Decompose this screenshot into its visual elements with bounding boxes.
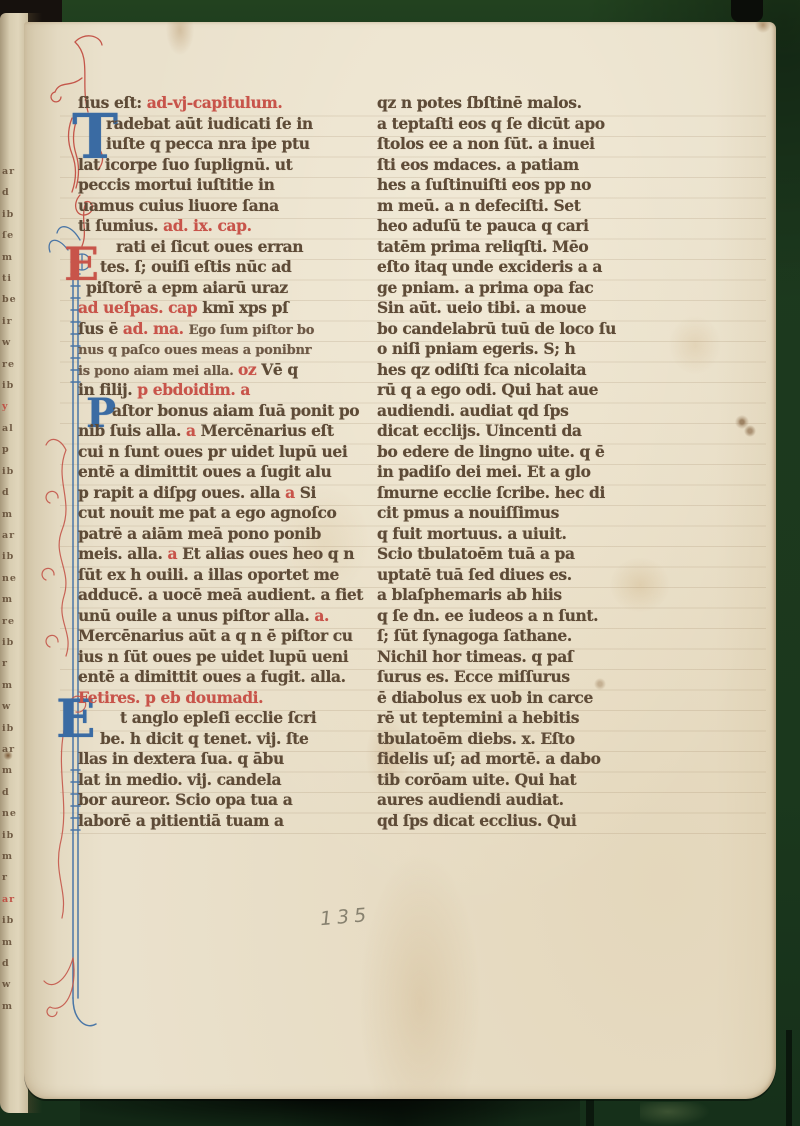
text-line: cut nouit me pat a ego agnoſco — [78, 503, 356, 524]
text-line: p rapit a diſpg oues. alla a Si — [78, 483, 356, 504]
edge-letter-fragment: ir — [2, 311, 26, 332]
text-line: cit pmus a nouiſſimus — [377, 503, 669, 524]
body-text: Mercēnarius eſt — [201, 421, 334, 440]
body-text: a blaſphemaris ab hiis — [377, 585, 562, 604]
body-text: ſūt ex h ouili. a illas oportet me — [78, 565, 339, 584]
body-text: eſto itaq unde excideris a a — [377, 257, 602, 276]
edge-letter-fragment: ti — [2, 268, 26, 289]
body-text: rū q a ego odi. Qui hat aue — [377, 380, 598, 399]
cover-shadow-bottom — [586, 1100, 594, 1126]
text-line: in filij. p ebdoidim. a — [78, 380, 356, 401]
photograph-of-manuscript: { "page": { "folio_number": "135", "left… — [0, 0, 800, 1126]
body-text: q ſe dn. ee iudeos a n ſunt. — [377, 606, 598, 625]
text-line: nus q paſco oues meas a ponibnr — [78, 339, 356, 360]
body-text: uamus cuius liuore ſana — [78, 196, 279, 215]
cover-texture — [640, 1102, 710, 1126]
text-line: llas in dextera ſua. q ābu — [78, 749, 356, 770]
text-line: bor aureor. Scio opa tua a — [78, 790, 356, 811]
bottom-shadow — [80, 1098, 580, 1126]
body-text: q fuit mortuus. a uiuit. — [377, 524, 566, 543]
body-text: aures audiendi audiat. — [377, 790, 564, 809]
body-text: iuſte q pecca nra ipe ptu — [106, 134, 310, 153]
body-text: cui n ſunt oues pr uidet lupū uei — [78, 442, 347, 461]
edge-letter-fragment: re — [2, 611, 26, 632]
body-text: hes qz odiſti fca nicolaita — [377, 360, 586, 379]
edge-letter-fragment: m — [2, 504, 26, 525]
text-line: ius n ſūt oues pe uidet lupū ueni — [78, 647, 356, 668]
rubric-text: a — [186, 421, 201, 440]
text-line: o niſi pniam egeris. S; h — [377, 339, 669, 360]
rubric-text: oz — [238, 360, 261, 379]
edge-letter-fragment: ib — [2, 546, 26, 567]
binding-edge-text: ardibſemtibeirwreibyalpibdmaribnemreibrm… — [2, 161, 26, 1017]
edge-letter-fragment: ib — [2, 204, 26, 225]
text-line: eſto itaq unde excideris a a — [377, 257, 669, 278]
body-text: laborē a pitientiā tuam a — [78, 811, 284, 830]
rubric-text: p ebdoidim. a — [137, 380, 250, 399]
text-line: lat in medio. vij. candela — [78, 770, 356, 791]
text-line: rati ei ſicut oues erran — [78, 237, 356, 258]
edge-letter-fragment: m — [2, 589, 26, 610]
text-line: tbulatoēm diebs. x. Eſto — [377, 729, 669, 750]
body-text: radebat aūt iudicati ſe in — [106, 114, 313, 133]
body-text: in filij. — [78, 380, 137, 399]
body-text: be. h dicit q tenet. vij. ſte — [100, 729, 309, 748]
rubric-text: ad-vj-capitulum. — [147, 93, 283, 112]
text-line: iuſte q pecca nra ipe ptu — [78, 134, 356, 155]
text-line: aſtor bonus aiam ſuā ponit po — [78, 401, 356, 422]
edge-letter-fragment: m — [2, 932, 26, 953]
rubric-text: ad ueſpas. cap — [78, 298, 202, 317]
text-line: ſius eſt: ad-vj-capitulum. — [78, 93, 356, 114]
edge-letter-fragment: d — [2, 482, 26, 503]
text-line: ti ſumius. ad. ix. cap. — [78, 216, 356, 237]
body-text: Nichil hor timeas. q paſ — [377, 647, 573, 666]
body-text: rati ei ſicut oues erran — [116, 237, 303, 256]
text-line: Mercēnarius aūt a q n ē piſtor cu — [78, 626, 356, 647]
body-text: entē a dimittit oues a fugit. alla. — [78, 667, 346, 686]
text-line: a blaſphemaris ab hiis — [377, 585, 669, 606]
body-text: ſius eſt: — [78, 93, 147, 112]
text-line: piſtorē a epm aiarū uraz — [78, 278, 356, 299]
text-line: cui n ſunt oues pr uidet lupū uei — [78, 442, 356, 463]
text-line: m meū. a n defeciſti. Set — [377, 196, 669, 217]
pencil-folio-number: 135 — [319, 904, 372, 930]
text-line: hes qz odiſti fca nicolaita — [377, 360, 669, 381]
body-text: p rapit a diſpg oues. alla — [78, 483, 285, 502]
text-line: laborē a pitientiā tuam a — [78, 811, 356, 832]
edge-letter-fragment: m — [2, 996, 26, 1017]
rubric-text: a. — [314, 606, 329, 625]
edge-letter-fragment: al — [2, 418, 26, 439]
body-text: Scio tbulatoēm tuā a pa — [377, 544, 575, 563]
background-notch — [731, 0, 763, 22]
body-text: bor aureor. Scio opa tua a — [78, 790, 292, 809]
edge-letter-fragment: m — [2, 675, 26, 696]
body-text: piſtorē a epm aiarū uraz — [86, 278, 288, 297]
text-line: q fuit mortuus. a uiuit. — [377, 524, 669, 545]
body-text: tes. ſ; ouiſi eſtis nūc ad — [100, 257, 291, 276]
edge-letter-fragment: p — [2, 439, 26, 460]
body-text: ſ; ſūt ſynagoga ſathane. — [377, 626, 572, 645]
text-line: rū q a ego odi. Qui hat aue — [377, 380, 669, 401]
text-line: hes a ſuſtinuiſti eos pp no — [377, 175, 669, 196]
body-text: ius n ſūt oues pe uidet lupū ueni — [78, 647, 348, 666]
text-line: ē diabolus ex uob in carce — [377, 688, 669, 709]
body-text: cut nouit me pat a ego agnoſco — [78, 503, 337, 522]
edge-letter-fragment: ſe — [2, 225, 26, 246]
text-line: dicat ecclijs. Uincenti da — [377, 421, 669, 442]
edge-letter-fragment: w — [2, 332, 26, 353]
edge-letter-fragment: ib — [2, 461, 26, 482]
body-text: Si — [300, 483, 316, 502]
rubric-text: a — [168, 544, 183, 563]
text-line: adducē. a uocē meā audient. a fiet — [78, 585, 356, 606]
edge-letter-fragment: ne — [2, 568, 26, 589]
body-text: kmī xps pſ — [202, 298, 288, 317]
text-line: ſtolos ee a non ſūt. a inuei — [377, 134, 669, 155]
text-line: heo aduſū te pauca q cari — [377, 216, 669, 237]
text-line: qd ſps dicat ecclius. Qui — [377, 811, 669, 832]
text-line: tes. ſ; ouiſi eſtis nūc ad — [78, 257, 356, 278]
text-line: bo edere de lingno uite. q ē — [377, 442, 669, 463]
edge-letter-fragment: ar — [2, 525, 26, 546]
body-text: tib corōam uite. Qui hat — [377, 770, 576, 789]
text-line: patrē a aiām meā pono ponib — [78, 524, 356, 545]
text-line: ad ueſpas. cap kmī xps pſ — [78, 298, 356, 319]
edge-letter-fragment: ar — [2, 889, 26, 910]
body-text: meis. alla. — [78, 544, 168, 563]
body-text: patrē a aiām meā pono ponib — [78, 524, 321, 543]
body-text: entē a dimittit oues a ſugit alu — [78, 462, 331, 481]
body-text: ſus ē — [78, 319, 123, 338]
edge-letter-fragment: m — [2, 760, 26, 781]
rubric-text: ad. ma. — [123, 319, 189, 338]
body-text: bo candelabrū tuū de loco ſu — [377, 319, 616, 338]
edge-letter-fragment: ib — [2, 825, 26, 846]
text-line: is pono aiam mei alla. oz Vē q — [78, 360, 356, 381]
text-line: nib ſuis alla. a Mercēnarius eſt — [78, 421, 356, 442]
text-line: lat icorpe ſuo ſuplignū. ut — [78, 155, 356, 176]
body-text: Mercēnarius aūt a q n ē piſtor cu — [78, 626, 353, 645]
edge-letter-fragment: m — [2, 846, 26, 867]
body-text: cit pmus a nouiſſimus — [377, 503, 559, 522]
body-text: m meū. a n defeciſti. Set — [377, 196, 581, 215]
body-text: uptatē tuā ſed diues es. — [377, 565, 572, 584]
edge-letter-fragment: ar — [2, 161, 26, 182]
text-line: Fetires. p eb doumadi. — [78, 688, 356, 709]
body-text: ē diabolus ex uob in carce — [377, 688, 593, 707]
body-text: tatēm prima reliqſti. Mēo — [377, 237, 588, 256]
rubric-text: ad. ix. cap. — [163, 216, 252, 235]
text-line: tib corōam uite. Qui hat — [377, 770, 669, 791]
body-text: ti ſumius. — [78, 216, 163, 235]
edge-letter-fragment: d — [2, 182, 26, 203]
text-line: ſ; ſūt ſynagoga ſathane. — [377, 626, 669, 647]
body-text: dicat ecclijs. Uincenti da — [377, 421, 582, 440]
body-text: qz n potes ſbſtinē malos. — [377, 93, 582, 112]
text-line: ſmurne ecclie ſcribe. hec di — [377, 483, 669, 504]
edge-letter-fragment: r — [2, 653, 26, 674]
body-text: is pono aiam mei alla. — [78, 364, 238, 379]
text-line: tatēm prima reliqſti. Mēo — [377, 237, 669, 258]
edge-letter-fragment: be — [2, 289, 26, 310]
text-line: audiendi. audiat qd ſps — [377, 401, 669, 422]
text-line: Sin aūt. ueio tibi. a moue — [377, 298, 669, 319]
body-text: lat in medio. vij. candela — [78, 770, 281, 789]
body-text: audiendi. audiat qd ſps — [377, 401, 568, 420]
body-text: llas in dextera ſua. q ābu — [78, 749, 284, 768]
text-line: in padiſo dei mei. Et a glo — [377, 462, 669, 483]
body-text: qd ſps dicat ecclius. Qui — [377, 811, 576, 830]
binding-stain — [3, 751, 13, 760]
body-text: in padiſo dei mei. Et a glo — [377, 462, 591, 481]
text-line: ge pniam. a prima opa fac — [377, 278, 669, 299]
manuscript-page: T E P E ſius eſt: ad-vj-capitulum.radeba… — [24, 22, 776, 1099]
text-line: entē a dimittit oues a fugit. alla. — [78, 667, 356, 688]
body-text: hes a ſuſtinuiſti eos pp no — [377, 175, 591, 194]
body-text: fidelis uſ; ad mortē. a dabo — [377, 749, 601, 768]
text-line: uptatē tuā ſed diues es. — [377, 565, 669, 586]
edge-letter-fragment: ib — [2, 375, 26, 396]
body-text: a teptaſti eos q ſe dicūt apo — [377, 114, 605, 133]
text-line: radebat aūt iudicati ſe in — [78, 114, 356, 135]
edge-letter-fragment: r — [2, 867, 26, 888]
body-text: Vē q — [261, 360, 298, 379]
cover-shadow-right — [786, 1030, 792, 1126]
text-line: peccis mortui iuſtitie in — [78, 175, 356, 196]
text-line: entē a dimittit oues a ſugit alu — [78, 462, 356, 483]
rubric-text: Fetires. p eb doumadi. — [78, 688, 263, 707]
text-line: qz n potes ſbſtinē malos. — [377, 93, 669, 114]
text-line: aures audiendi audiat. — [377, 790, 669, 811]
edge-letter-fragment: ne — [2, 803, 26, 824]
edge-letter-fragment: w — [2, 974, 26, 995]
text-line: Scio tbulatoēm tuā a pa — [377, 544, 669, 565]
text-line: ſūt ex h ouili. a illas oportet me — [78, 565, 356, 586]
body-text: Ego ſum piſtor bo — [189, 323, 315, 338]
text-line: meis. alla. a Et alias oues heo q n — [78, 544, 356, 565]
edge-letter-fragment: d — [2, 782, 26, 803]
edge-letter-fragment: ib — [2, 632, 26, 653]
body-text: ſti eos mdaces. a patiam — [377, 155, 579, 174]
text-line: Nichil hor timeas. q paſ — [377, 647, 669, 668]
edge-letter-fragment: m — [2, 247, 26, 268]
text-line: ſurus es. Ecce miſſurus — [377, 667, 669, 688]
text-line: t anglo epleſi ecclie ſcri — [78, 708, 356, 729]
text-line: bo candelabrū tuū de loco ſu — [377, 319, 669, 340]
body-text: o niſi pniam egeris. S; h — [377, 339, 575, 358]
body-text: unū ouile a unus piſtor alla. — [78, 606, 314, 625]
edge-letter-fragment: d — [2, 953, 26, 974]
body-text: aſtor bonus aiam ſuā ponit po — [112, 401, 359, 420]
body-text: nib ſuis alla. — [78, 421, 186, 440]
body-text: peccis mortui iuſtitie in — [78, 175, 275, 194]
text-line: unū ouile a unus piſtor alla. a. — [78, 606, 356, 627]
text-line: ſus ē ad. ma. Ego ſum piſtor bo — [78, 319, 356, 340]
text-line: ſti eos mdaces. a patiam — [377, 155, 669, 176]
text-line: q ſe dn. ee iudeos a n ſunt. — [377, 606, 669, 627]
body-text: Et alias oues heo q n — [182, 544, 354, 563]
body-text: ſmurne ecclie ſcribe. hec di — [377, 483, 605, 502]
text-line: uamus cuius liuore ſana — [78, 196, 356, 217]
edge-letter-fragment: w — [2, 696, 26, 717]
left-text-column: ſius eſt: ad-vj-capitulum.radebat aūt iu… — [78, 93, 356, 831]
text-line: fidelis uſ; ad mortē. a dabo — [377, 749, 669, 770]
text-line: a teptaſti eos q ſe dicūt apo — [377, 114, 669, 135]
body-text: Sin aūt. ueio tibi. a moue — [377, 298, 586, 317]
body-text: adducē. a uocē meā audient. a fiet — [78, 585, 363, 604]
rubric-text: a — [285, 483, 300, 502]
body-text: bo edere de lingno uite. q ē — [377, 442, 604, 461]
body-text: ge pniam. a prima opa fac — [377, 278, 593, 297]
body-text: rē ut teptemini a hebitis — [377, 708, 579, 727]
body-text: ſurus es. Ecce miſſurus — [377, 667, 570, 686]
body-text: t anglo epleſi ecclie ſcri — [120, 708, 316, 727]
body-text: ſtolos ee a non ſūt. a inuei — [377, 134, 595, 153]
text-line: rē ut teptemini a hebitis — [377, 708, 669, 729]
right-text-column: qz n potes ſbſtinē malos.a teptaſti eos … — [377, 93, 669, 831]
edge-letter-fragment: y — [2, 396, 26, 417]
edge-letter-fragment: ib — [2, 718, 26, 739]
edge-letter-fragment: re — [2, 354, 26, 375]
edge-letter-fragment: ib — [2, 910, 26, 931]
text-line: be. h dicit q tenet. vij. ſte — [78, 729, 356, 750]
body-text: tbulatoēm diebs. x. Eſto — [377, 729, 575, 748]
body-text: heo aduſū te pauca q cari — [377, 216, 589, 235]
body-text: nus q paſco oues meas a ponibnr — [78, 343, 311, 358]
body-text: lat icorpe ſuo ſuplignū. ut — [78, 155, 292, 174]
